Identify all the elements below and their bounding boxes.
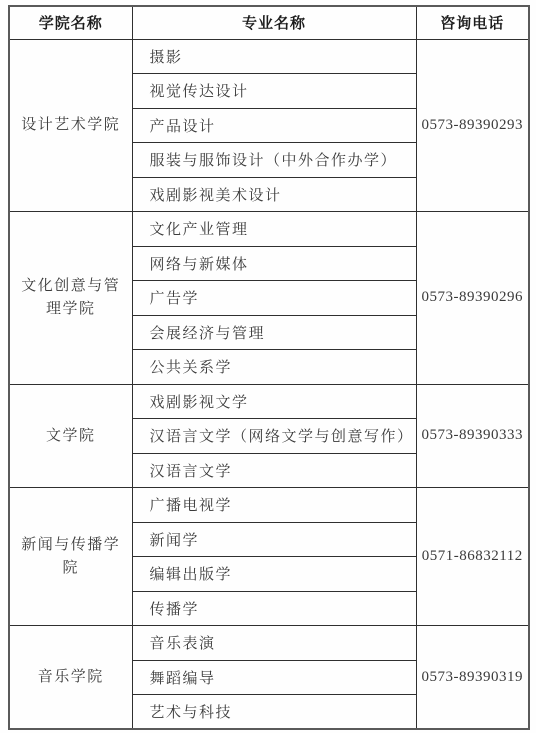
major-name-cell: 广告学 — [132, 281, 416, 316]
phone-number-cell: 0573-89390333 — [416, 384, 529, 488]
header-row: 学院名称 专业名称 咨询电话 — [9, 6, 529, 39]
major-name-cell: 戏剧影视美术设计 — [132, 177, 416, 212]
major-name-cell: 汉语言文学（网络文学与创意写作） — [132, 419, 416, 454]
table-row: 新闻与传播学院广播电视学0571-86832112 — [9, 488, 529, 523]
table-row: 文化创意与管理学院文化产业管理0573-89390296 — [9, 212, 529, 247]
major-name-cell: 网络与新媒体 — [132, 246, 416, 281]
header-phone: 咨询电话 — [416, 6, 529, 39]
major-name-cell: 汉语言文学 — [132, 453, 416, 488]
major-name-cell: 戏剧影视文学 — [132, 384, 416, 419]
phone-number-cell: 0573-89390293 — [416, 39, 529, 212]
table-header: 学院名称 专业名称 咨询电话 — [9, 6, 529, 39]
phone-number-cell: 0571-86832112 — [416, 488, 529, 626]
college-name-cell: 文学院 — [9, 384, 132, 488]
table-row: 设计艺术学院摄影0573-89390293 — [9, 39, 529, 74]
header-college-name: 学院名称 — [9, 6, 132, 39]
major-name-cell: 摄影 — [132, 39, 416, 74]
page: 学院名称 专业名称 咨询电话 设计艺术学院摄影0573-89390293视觉传达… — [0, 0, 536, 733]
major-name-cell: 编辑出版学 — [132, 557, 416, 592]
major-name-cell: 文化产业管理 — [132, 212, 416, 247]
college-name-cell: 文化创意与管理学院 — [9, 212, 132, 385]
college-name-cell: 设计艺术学院 — [9, 39, 132, 212]
phone-number-cell: 0573-89390319 — [416, 626, 529, 730]
major-name-cell: 产品设计 — [132, 108, 416, 143]
major-name-cell: 公共关系学 — [132, 350, 416, 385]
major-name-cell: 音乐表演 — [132, 626, 416, 661]
major-name-cell: 传播学 — [132, 591, 416, 626]
college-name-cell: 音乐学院 — [9, 626, 132, 730]
header-major-name: 专业名称 — [132, 6, 416, 39]
major-name-cell: 视觉传达设计 — [132, 74, 416, 109]
college-major-phone-table: 学院名称 专业名称 咨询电话 设计艺术学院摄影0573-89390293视觉传达… — [8, 5, 530, 730]
college-name-cell: 新闻与传播学院 — [9, 488, 132, 626]
major-name-cell: 艺术与科技 — [132, 695, 416, 730]
phone-number-cell: 0573-89390296 — [416, 212, 529, 385]
major-name-cell: 舞蹈编导 — [132, 660, 416, 695]
table-row: 音乐学院音乐表演0573-89390319 — [9, 626, 529, 661]
major-name-cell: 新闻学 — [132, 522, 416, 557]
major-name-cell: 广播电视学 — [132, 488, 416, 523]
major-name-cell: 会展经济与管理 — [132, 315, 416, 350]
major-name-cell: 服装与服饰设计（中外合作办学） — [132, 143, 416, 178]
table-body: 设计艺术学院摄影0573-89390293视觉传达设计产品设计服装与服饰设计（中… — [9, 39, 529, 729]
table-row: 文学院戏剧影视文学0573-89390333 — [9, 384, 529, 419]
